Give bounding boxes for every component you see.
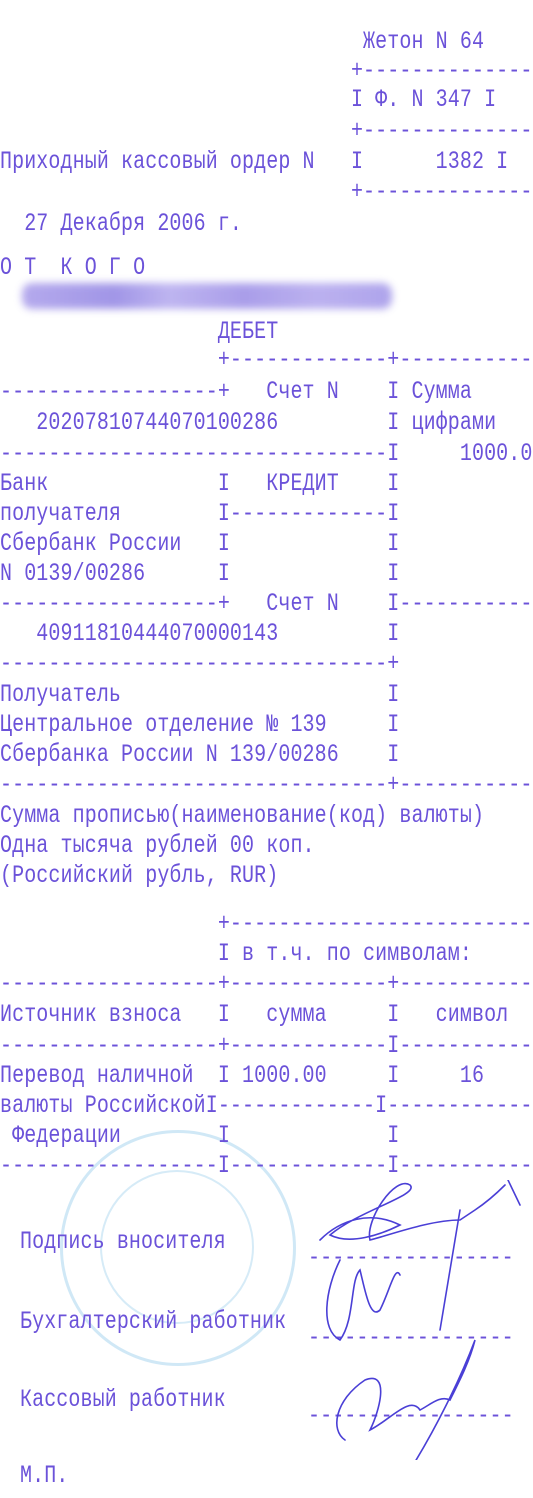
table-border: +-------------+-------------+ bbox=[0, 346, 533, 376]
table-border: +---------------------------+ bbox=[0, 910, 533, 940]
amount-words-label: Сумма прописью(наименование(код) валюты) bbox=[0, 802, 484, 832]
credit-account-number: 40911810444070000143 I I bbox=[0, 620, 533, 650]
table-border: ------------------I-------------I-------… bbox=[0, 1152, 533, 1182]
symbols-heading: I в т.ч. по символам: I bbox=[0, 940, 533, 970]
credit-heading-row: Банк I КРЕДИТ I I bbox=[0, 470, 533, 500]
signature-label-accountant: Бухгалтерский работник bbox=[20, 1308, 286, 1338]
table-border: --------------------------------+ I bbox=[0, 650, 533, 680]
table-border: ------------------+-------------I-------… bbox=[0, 1032, 533, 1062]
bank-name-row: Сбербанк России I I I bbox=[0, 530, 533, 560]
form-border-top: +---------------+ bbox=[0, 57, 533, 87]
table-row: валюты РоссийскойI-------------I--------… bbox=[0, 1092, 533, 1122]
bank-branch-row: N 0139/00286 I I I bbox=[0, 560, 533, 590]
debit-account-number: 20207810744070100286 I цифрами I bbox=[0, 409, 533, 439]
recipient-label: Получатель I I bbox=[0, 681, 533, 711]
from-label: О Т К О Г О bbox=[0, 254, 145, 284]
seal-mark: М.П. bbox=[20, 1462, 68, 1492]
table-border: ------------------+-------------+-------… bbox=[0, 970, 533, 1000]
debit-account-header: ------------------+ Счет N I Сумма I bbox=[0, 378, 533, 408]
debit-heading: ДЕБЕТ bbox=[0, 318, 278, 348]
symbols-columns: Источник взноса I сумма I символ I bbox=[0, 1001, 533, 1031]
signature-label-cashier: Кассовый работник bbox=[20, 1386, 226, 1416]
order-date: 27 Декабря 2006 г. bbox=[0, 210, 242, 240]
amount-figures: --------------------------------I 1000.0… bbox=[0, 440, 533, 470]
form-number: I Ф. N 347 I bbox=[0, 86, 496, 116]
credit-account-header: ------------------+ Счет N I------------… bbox=[0, 590, 533, 620]
table-border: --------------------------------+-------… bbox=[0, 771, 533, 801]
form-border-mid: +---------------+ bbox=[0, 117, 533, 147]
table-row: Федерации I I I bbox=[0, 1122, 533, 1152]
bank-label-row: получателя I-------------I I bbox=[0, 500, 533, 530]
recipient-line-2: Сбербанка России N 139/00286 I I bbox=[0, 741, 533, 771]
signature-label-payer: Подпись вносителя bbox=[20, 1228, 226, 1258]
recipient-line-1: Центральное отделение № 139 I I bbox=[0, 711, 533, 741]
handwritten-signatures bbox=[310, 1180, 530, 1460]
order-number: Приходный кассовый ордер N I 1382 I bbox=[0, 148, 508, 178]
amount-words: Одна тысяча рублей 00 коп. bbox=[0, 832, 315, 862]
table-row: Перевод наличной I 1000.00 I 16 I bbox=[0, 1062, 533, 1092]
payer-name-redacted bbox=[22, 283, 392, 309]
order-border-bottom: +---------------+ bbox=[0, 178, 533, 208]
token-number: Жетон N 64 bbox=[0, 28, 484, 58]
currency: (Российский рубль, RUR) bbox=[0, 862, 278, 892]
